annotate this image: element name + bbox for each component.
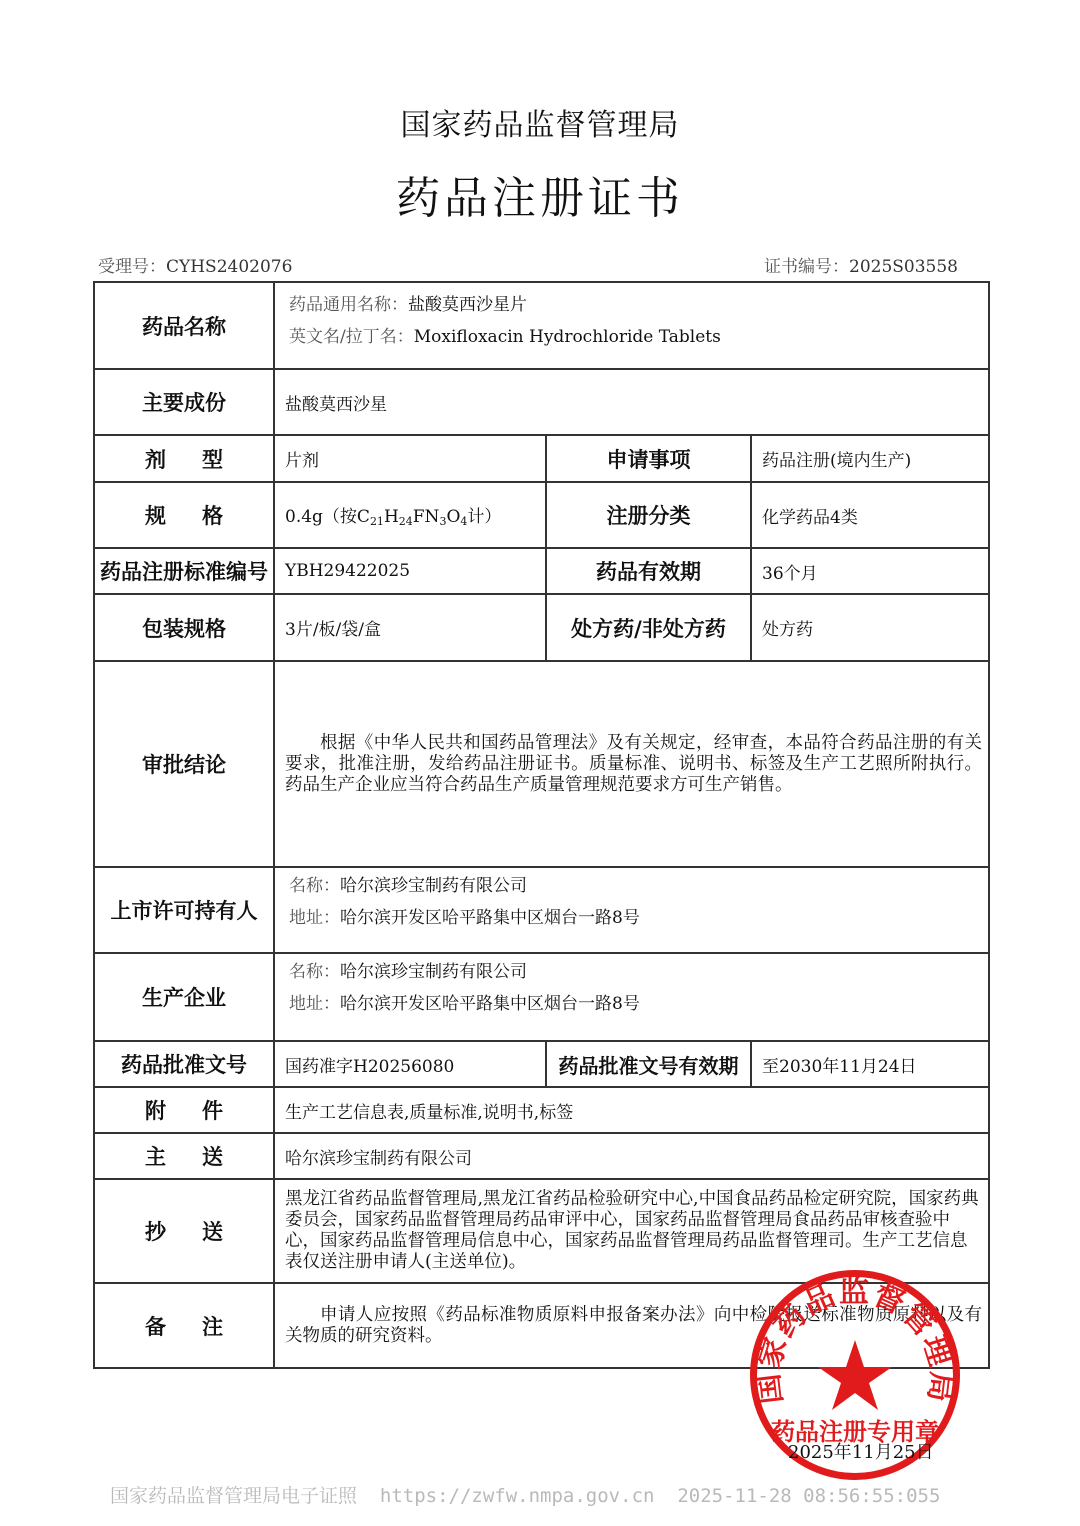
row-main-recipient: 主送 哈尔滨珍宝制药有限公司	[94, 1133, 989, 1179]
generic-name-label: 药品通用名称：	[289, 295, 408, 315]
approval-number-value: 国药准字H20256080	[274, 1041, 546, 1087]
shelf-life-value: 36个月	[751, 548, 989, 594]
cc-label: 抄送	[94, 1179, 274, 1283]
footer-timestamp: 2025-11-28 08:56:55:055	[677, 1485, 940, 1507]
certificate-title: 药品注册证书	[0, 162, 1080, 226]
generic-name: 药品通用名称：盐酸莫西沙星片	[289, 289, 978, 321]
registration-category-label: 注册分类	[546, 482, 751, 548]
main-ingredient-value: 盐酸莫西沙星	[274, 369, 989, 435]
dosage-form-label: 剂型	[94, 435, 274, 482]
manufacturer-name: 名称：哈尔滨珍宝制药有限公司	[289, 956, 978, 988]
attachments-value: 生产工艺信息表,质量标准,说明书,标签	[274, 1087, 989, 1133]
specification-value: 0.4g（按C21H24FN3O4计）	[274, 482, 546, 548]
row-standard-number: 药品注册标准编号 YBH29422025 药品有效期 36个月	[94, 548, 989, 594]
remarks-label: 备注	[94, 1283, 274, 1368]
acceptance-number-label: 受理号：	[98, 257, 166, 277]
certificate-number: 证书编号：2025S03558	[764, 252, 958, 277]
row-drug-name: 药品名称 药品通用名称：盐酸莫西沙星片 英文名/拉丁名：Moxifloxacin…	[94, 282, 989, 369]
cc-value: 黑龙江省药品监督管理局,黑龙江省药品检验研究中心,中国食品药品检定研究院，国家药…	[285, 1189, 982, 1273]
application-type-label: 申请事项	[546, 435, 751, 482]
row-manufacturer: 生产企业 名称：哈尔滨珍宝制药有限公司 地址：哈尔滨开发区哈平路集中区烟台一路8…	[94, 953, 989, 1041]
standard-number-label: 药品注册标准编号	[94, 548, 274, 594]
manufacturer-address: 地址：哈尔滨开发区哈平路集中区烟台一路8号	[289, 988, 978, 1020]
manufacturer-label: 生产企业	[94, 953, 274, 1041]
row-dosage-form: 剂型 片剂 申请事项 药品注册(境内生产)	[94, 435, 989, 482]
prescription-type-label: 处方药/非处方药	[546, 594, 751, 661]
row-packaging: 包装规格 3片/板/袋/盒 处方药/非处方药 处方药	[94, 594, 989, 661]
row-cc: 抄送 黑龙江省药品监督管理局,黑龙江省药品检验研究中心,中国食品药品检定研究院，…	[94, 1179, 989, 1283]
approval-number-label: 药品批准文号	[94, 1041, 274, 1087]
drug-name-label: 药品名称	[94, 282, 274, 369]
seal-date: 2025年11月25日	[788, 1438, 934, 1464]
english-name: 英文名/拉丁名：Moxifloxacin Hydrochloride Table…	[289, 321, 978, 353]
footer-source: 国家药品监督管理局电子证照	[110, 1485, 357, 1507]
english-name-label: 英文名/拉丁名：	[289, 327, 414, 347]
main-recipient-value: 哈尔滨珍宝制药有限公司	[274, 1133, 989, 1179]
row-main-ingredient: 主要成份 盐酸莫西沙星	[94, 369, 989, 435]
issuing-agency: 国家药品监督管理局	[0, 100, 1080, 144]
dosage-form-value: 片剂	[274, 435, 546, 482]
specification-label: 规格	[94, 482, 274, 548]
standard-number-value: YBH29422025	[274, 548, 546, 594]
application-type-value: 药品注册(境内生产)	[751, 435, 989, 482]
conclusion-text: 根据《中华人民共和国药品管理法》及有关规定，经审查，本品符合药品注册的有关要求，…	[285, 733, 982, 796]
mah-address: 地址：哈尔滨开发区哈平路集中区烟台一路8号	[289, 902, 978, 934]
row-conclusion: 审批结论 根据《中华人民共和国药品管理法》及有关规定，经审查，本品符合药品注册的…	[94, 661, 989, 867]
mah-name: 名称：哈尔滨珍宝制药有限公司	[289, 870, 978, 902]
row-attachments: 附件 生产工艺信息表,质量标准,说明书,标签	[94, 1087, 989, 1133]
acceptance-number-value: CYHS2402076	[166, 257, 292, 277]
footer-url[interactable]: https://zwfw.nmpa.gov.cn	[380, 1485, 655, 1507]
mah-label: 上市许可持有人	[94, 867, 274, 953]
conclusion-label: 审批结论	[94, 661, 274, 867]
main-recipient-label: 主送	[94, 1133, 274, 1179]
certificate-table: 药品名称 药品通用名称：盐酸莫西沙星片 英文名/拉丁名：Moxifloxacin…	[93, 281, 990, 1369]
main-ingredient-label: 主要成份	[94, 369, 274, 435]
packaging-value: 3片/板/袋/盒	[274, 594, 546, 661]
star-icon	[818, 1340, 892, 1410]
prescription-type-value: 处方药	[751, 594, 989, 661]
shelf-life-label: 药品有效期	[546, 548, 751, 594]
electronic-certificate-footer: 国家药品监督管理局电子证照 https://zwfw.nmpa.gov.cn 2…	[110, 1481, 940, 1508]
certificate-number-label: 证书编号：	[764, 257, 849, 277]
row-approval-number: 药品批准文号 国药准字H20256080 药品批准文号有效期 至2030年11月…	[94, 1041, 989, 1087]
english-name-value: Moxifloxacin Hydrochloride Tablets	[414, 327, 721, 347]
generic-name-value: 盐酸莫西沙星片	[408, 295, 527, 315]
certificate-number-value: 2025S03558	[849, 257, 958, 277]
approval-validity-value: 至2030年11月24日	[751, 1041, 989, 1087]
attachments-label: 附件	[94, 1087, 274, 1133]
packaging-label: 包装规格	[94, 594, 274, 661]
row-specification: 规格 0.4g（按C21H24FN3O4计） 注册分类 化学药品4类	[94, 482, 989, 548]
row-mah: 上市许可持有人 名称：哈尔滨珍宝制药有限公司 地址：哈尔滨开发区哈平路集中区烟台…	[94, 867, 989, 953]
acceptance-number: 受理号：CYHS2402076	[98, 252, 292, 277]
registration-category-value: 化学药品4类	[751, 482, 989, 548]
approval-validity-label: 药品批准文号有效期	[546, 1041, 751, 1087]
